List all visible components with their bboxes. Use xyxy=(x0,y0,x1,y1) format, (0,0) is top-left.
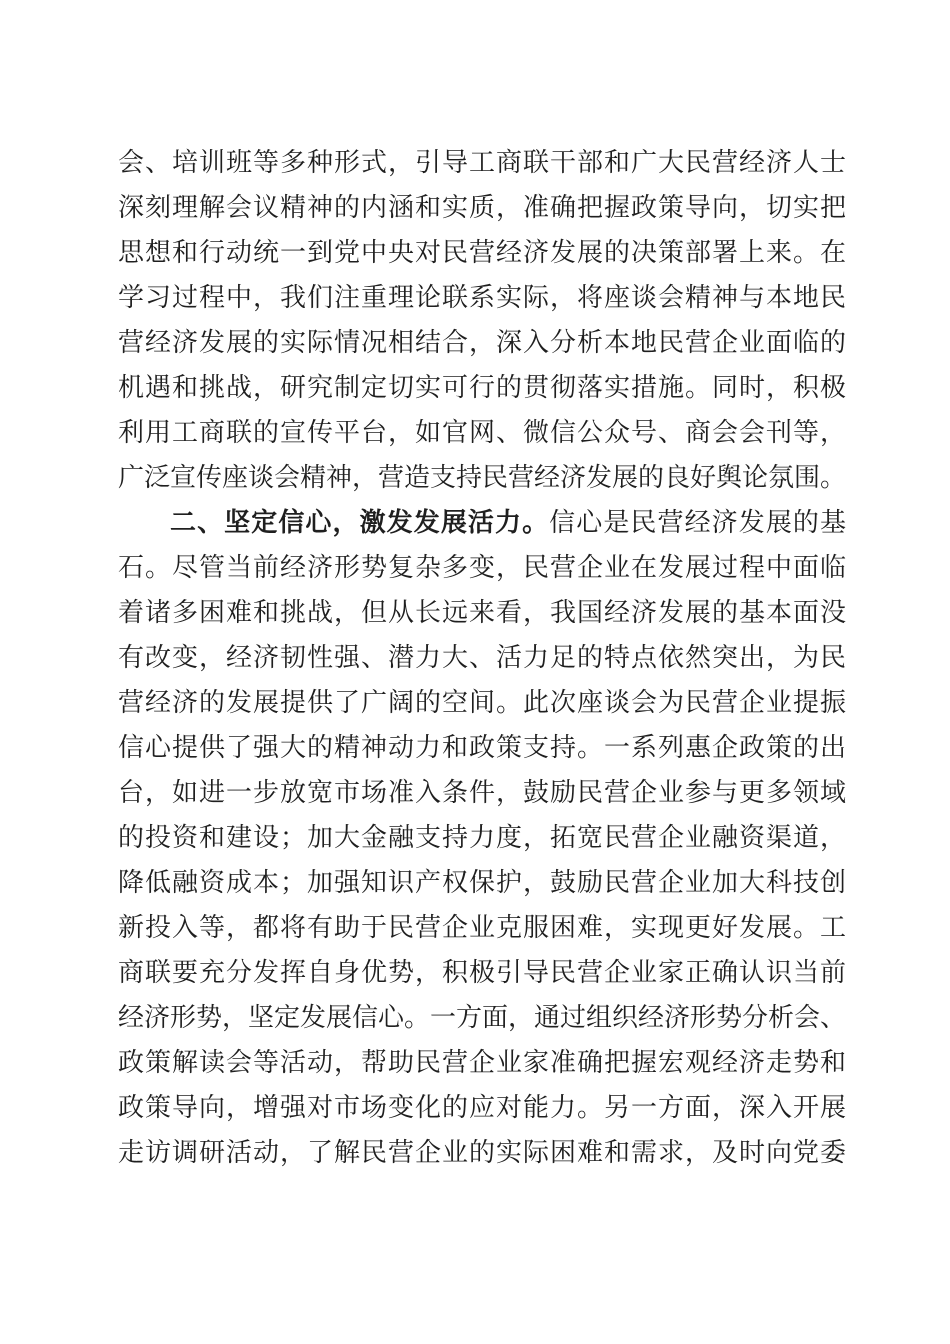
text-line: 广泛宣传座谈会精神，营造支持民营经济发展的良好舆论氛围。 xyxy=(118,455,846,500)
text-run: 经济形势，坚定发展信心。一方面，通过组织经济形势分析会、 xyxy=(118,1003,846,1032)
text-run: 学习过程中，我们注重理论联系实际，将座谈会精神与本地民 xyxy=(118,283,846,312)
text-line: 石。尽管当前经济形势复杂多变，民营企业在发展过程中面临 xyxy=(118,545,846,590)
text-line: 走访调研活动，了解民营企业的实际困难和需求，及时向党委 xyxy=(118,1130,846,1175)
text-line: 着诸多困难和挑战，但从长远来看，我国经济发展的基本面没 xyxy=(118,590,846,635)
text-run: 新投入等，都将有助于民营企业克服困难，实现更好发展。工 xyxy=(118,913,846,942)
text-line: 政策导向，增强对市场变化的应对能力。另一方面，深入开展 xyxy=(118,1085,846,1130)
text-line: 利用工商联的宣传平台，如官网、微信公众号、商会会刊等， xyxy=(118,410,846,455)
text-run: 信心是民营经济发展的基 xyxy=(549,508,846,537)
text-run: 商联要充分发挥自身优势，积极引导民营企业家正确认识当前 xyxy=(118,958,846,987)
text-run: 政策解读会等活动，帮助民营企业家准确把握宏观经济走势和 xyxy=(118,1048,846,1077)
text-run: 机遇和挑战，研究制定切实可行的贯彻落实措施。同时，积极 xyxy=(118,373,846,402)
text-run: 广泛宣传座谈会精神，营造支持民营经济发展的良好舆论氛围。 xyxy=(118,463,846,492)
paragraph-section-two: 二、坚定信心，激发发展活力。信心是民营经济发展的基石。尽管当前经济形势复杂多变，… xyxy=(118,500,846,1175)
text-run: 营经济的发展提供了广阔的空间。此次座谈会为民营企业提振 xyxy=(118,688,846,717)
text-line: 思想和行动统一到党中央对民营经济发展的决策部署上来。在 xyxy=(118,230,846,275)
text-run: 台，如进一步放宽市场准入条件，鼓励民营企业参与更多领域 xyxy=(118,778,846,807)
text-line: 会、培训班等多种形式，引导工商联干部和广大民营经济人士 xyxy=(118,140,846,185)
text-line: 政策解读会等活动，帮助民营企业家准确把握宏观经济走势和 xyxy=(118,1040,846,1085)
text-line: 有改变，经济韧性强、潜力大、活力足的特点依然突出，为民 xyxy=(118,635,846,680)
text-run: 有改变，经济韧性强、潜力大、活力足的特点依然突出，为民 xyxy=(118,643,846,672)
section-heading-bold: 二、坚定信心，激发发展活力。 xyxy=(170,507,549,537)
text-line: 营经济的发展提供了广阔的空间。此次座谈会为民营企业提振 xyxy=(118,680,846,725)
text-run: 的投资和建设；加大金融支持力度，拓宽民营企业融资渠道， xyxy=(118,823,846,852)
text-line: 机遇和挑战，研究制定切实可行的贯彻落实措施。同时，积极 xyxy=(118,365,846,410)
text-line: 商联要充分发挥自身优势，积极引导民营企业家正确认识当前 xyxy=(118,950,846,995)
text-line: 降低融资成本；加强知识产权保护，鼓励民营企业加大科技创 xyxy=(118,860,846,905)
text-line: 信心提供了强大的精神动力和政策支持。一系列惠企政策的出 xyxy=(118,725,846,770)
text-run: 着诸多困难和挑战，但从长远来看，我国经济发展的基本面没 xyxy=(118,598,846,627)
text-line: 学习过程中，我们注重理论联系实际，将座谈会精神与本地民 xyxy=(118,275,846,320)
document-page: 会、培训班等多种形式，引导工商联干部和广大民营经济人士深刻理解会议精神的内涵和实… xyxy=(0,0,950,1344)
text-run: 走访调研活动，了解民营企业的实际困难和需求，及时向党委 xyxy=(118,1138,846,1167)
text-line: 经济形势，坚定发展信心。一方面，通过组织经济形势分析会、 xyxy=(118,995,846,1040)
text-run: 营经济发展的实际情况相结合，深入分析本地民营企业面临的 xyxy=(118,328,846,357)
text-run: 石。尽管当前经济形势复杂多变，民营企业在发展过程中面临 xyxy=(118,553,846,582)
text-run: 政策导向，增强对市场变化的应对能力。另一方面，深入开展 xyxy=(118,1093,846,1122)
paragraph-continuation: 会、培训班等多种形式，引导工商联干部和广大民营经济人士深刻理解会议精神的内涵和实… xyxy=(118,140,846,500)
text-line: 二、坚定信心，激发发展活力。信心是民营经济发展的基 xyxy=(118,500,846,545)
text-line: 的投资和建设；加大金融支持力度，拓宽民营企业融资渠道， xyxy=(118,815,846,860)
text-line: 新投入等，都将有助于民营企业克服困难，实现更好发展。工 xyxy=(118,905,846,950)
text-line: 台，如进一步放宽市场准入条件，鼓励民营企业参与更多领域 xyxy=(118,770,846,815)
document-text-block: 会、培训班等多种形式，引导工商联干部和广大民营经济人士深刻理解会议精神的内涵和实… xyxy=(118,140,846,1175)
text-run: 降低融资成本；加强知识产权保护，鼓励民营企业加大科技创 xyxy=(118,868,846,897)
text-run: 信心提供了强大的精神动力和政策支持。一系列惠企政策的出 xyxy=(118,733,846,762)
text-line: 深刻理解会议精神的内涵和实质，准确把握政策导向，切实把 xyxy=(118,185,846,230)
text-line: 营经济发展的实际情况相结合，深入分析本地民营企业面临的 xyxy=(118,320,846,365)
text-run: 利用工商联的宣传平台，如官网、微信公众号、商会会刊等， xyxy=(118,418,846,447)
text-run: 深刻理解会议精神的内涵和实质，准确把握政策导向，切实把 xyxy=(118,193,846,222)
text-run: 会、培训班等多种形式，引导工商联干部和广大民营经济人士 xyxy=(118,148,846,177)
text-run: 思想和行动统一到党中央对民营经济发展的决策部署上来。在 xyxy=(118,238,846,267)
